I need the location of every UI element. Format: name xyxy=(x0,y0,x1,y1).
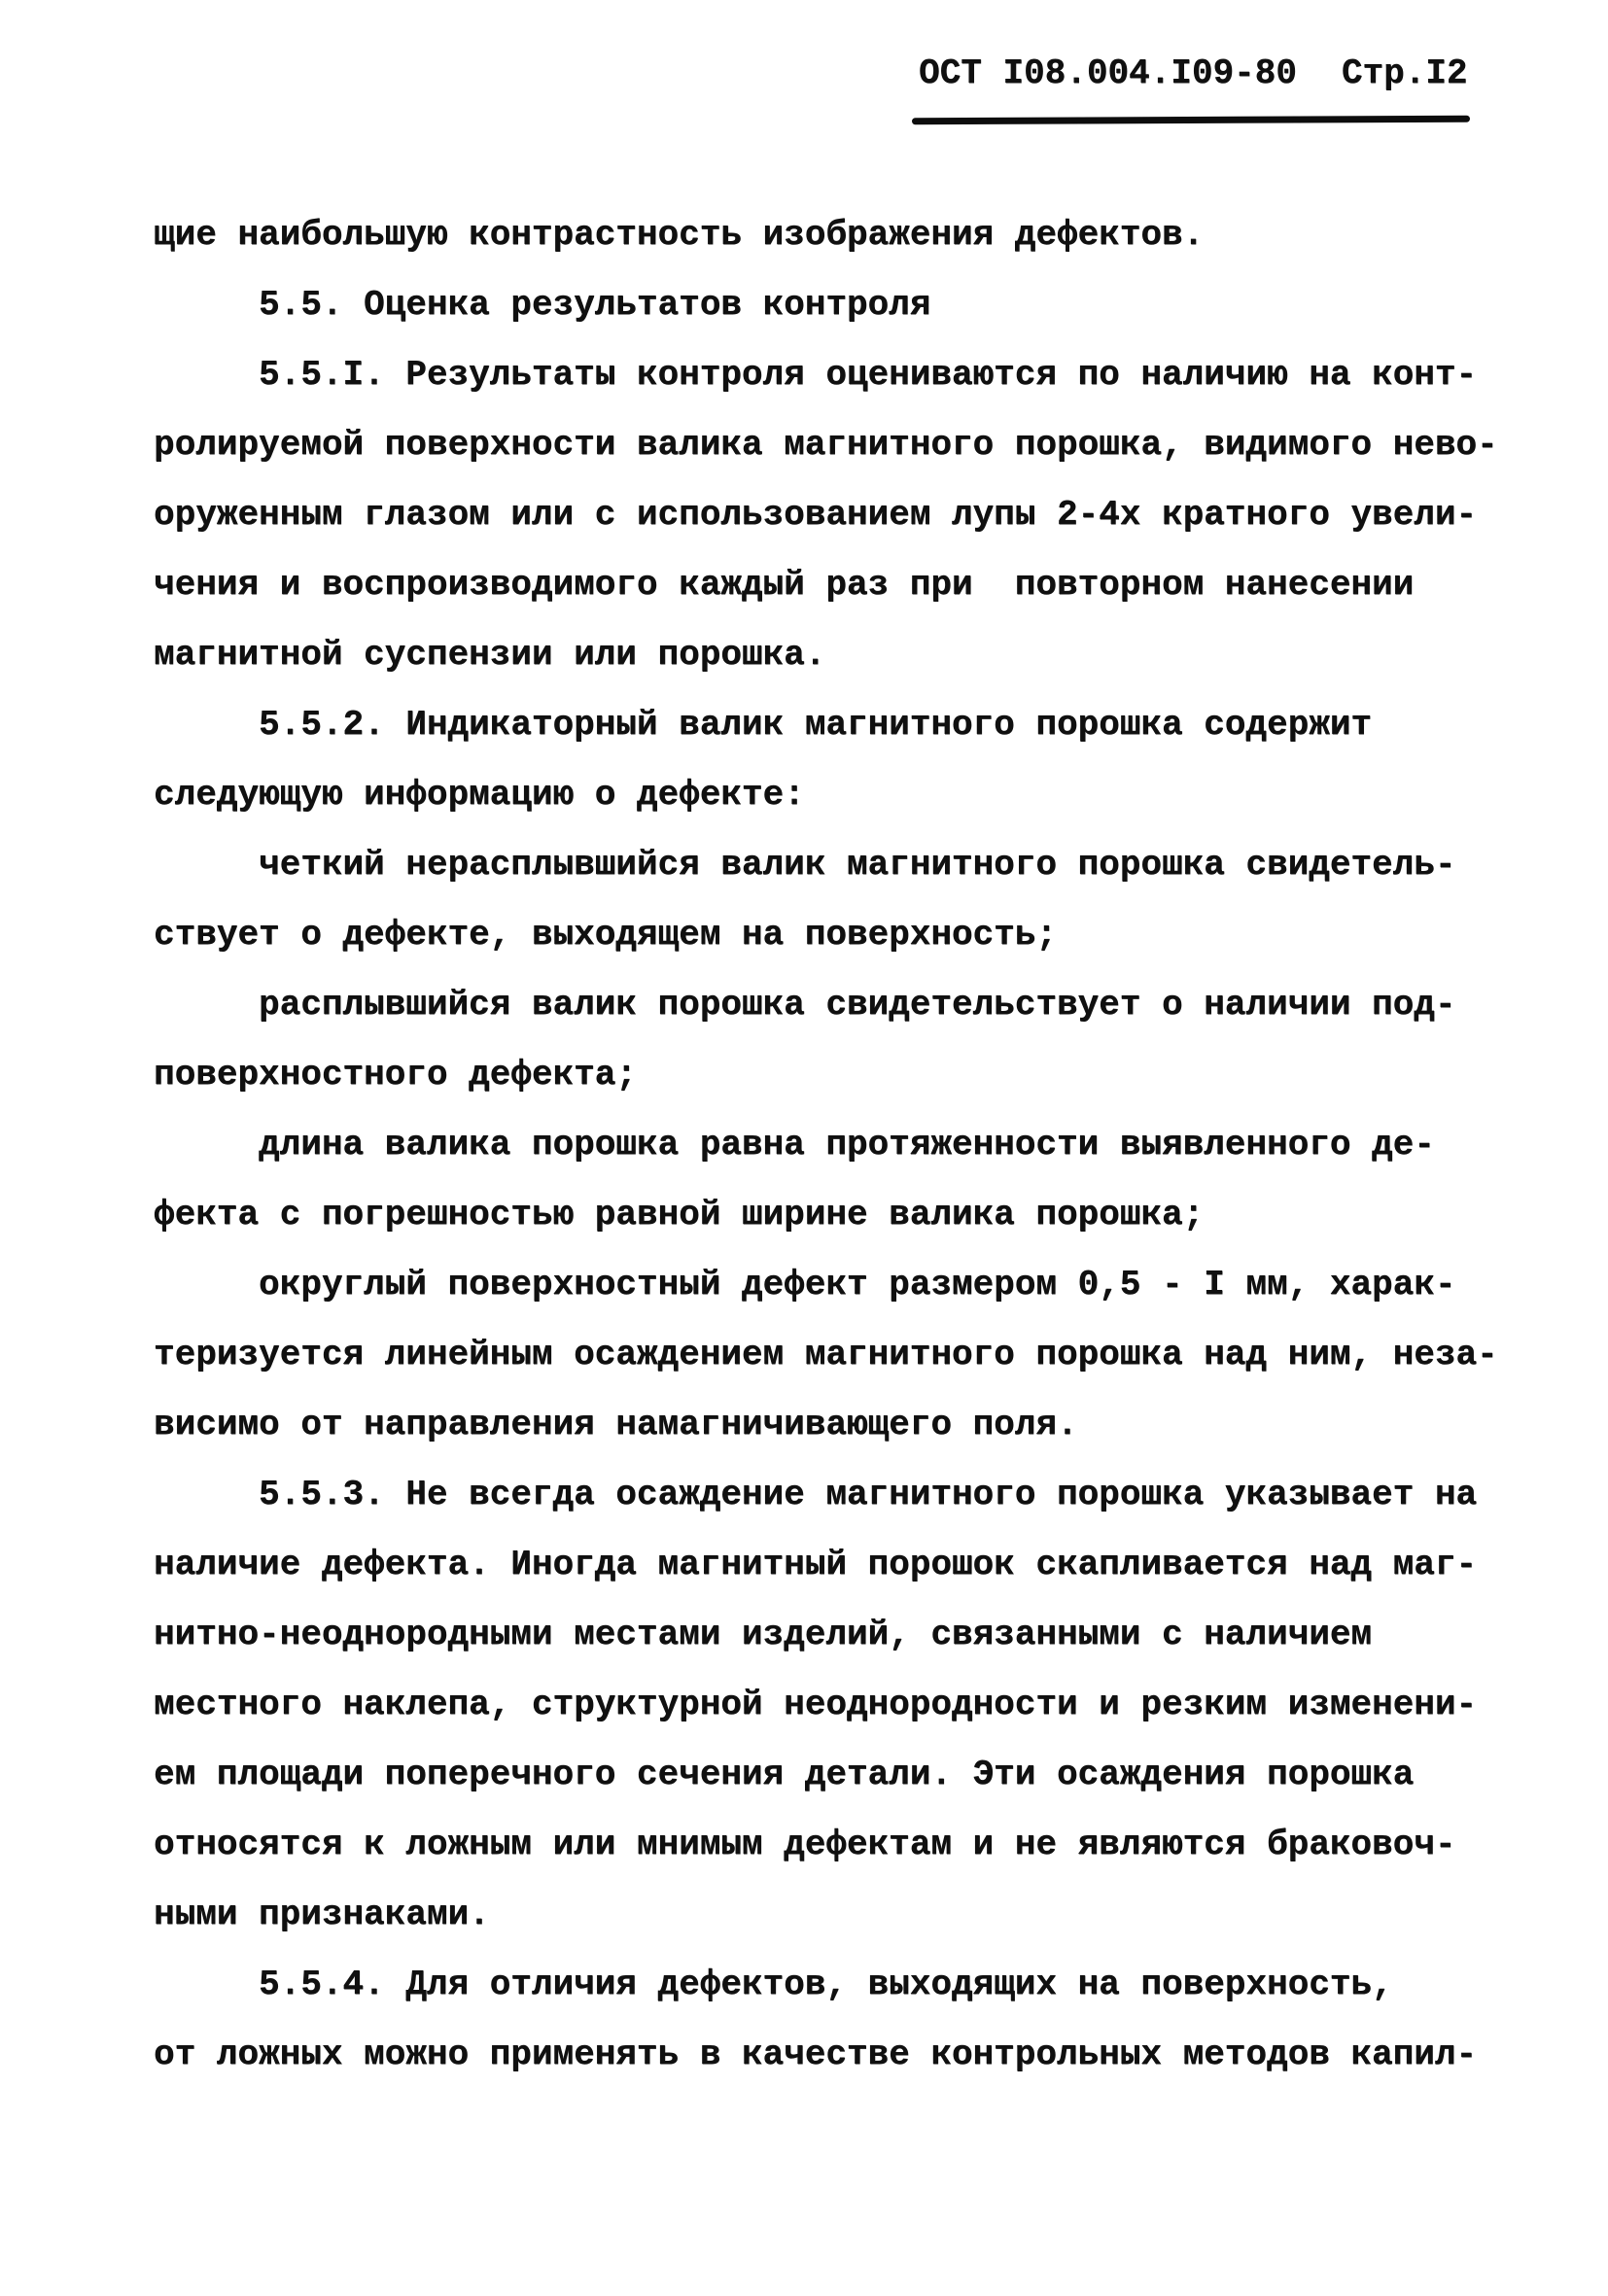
text-line: чения и воспроизводимого каждый раз при … xyxy=(154,550,1498,620)
text-line: оруженным глазом или с использованием лу… xyxy=(154,480,1498,550)
text-line: ем площади поперечного сечения детали. Э… xyxy=(154,1740,1498,1810)
page-header: ОСТ I08.004.I09-80 Стр.I2 xyxy=(919,54,1468,93)
text-line: следующую информацию о дефекте: xyxy=(154,760,1498,830)
text-line: расплывшийся валик порошка свидетельству… xyxy=(154,970,1498,1040)
text-line: щие наибольшую контрастность изображения… xyxy=(154,200,1498,270)
text-line: магнитной суспензии или порошка. xyxy=(154,620,1498,690)
text-line: четкий нерасплывшийся валик магнитного п… xyxy=(154,830,1498,900)
text-line: местного наклепа, структурной неоднородн… xyxy=(154,1670,1498,1740)
text-line: теризуется линейным осаждением магнитног… xyxy=(154,1320,1498,1390)
text-line: 5.5.I. Результаты контроля оцениваются п… xyxy=(154,340,1498,410)
text-line: 5.5.4. Для отличия дефектов, выходящих н… xyxy=(154,1950,1498,2020)
text-line: поверхностного дефекта; xyxy=(154,1040,1498,1110)
page-number: Стр.I2 xyxy=(1342,54,1468,93)
text-line: ствует о дефекте, выходящем на поверхнос… xyxy=(154,900,1498,970)
text-line: относятся к ложным или мнимым дефектам и… xyxy=(154,1810,1498,1880)
text-line: висимо от направления намагничивающего п… xyxy=(154,1390,1498,1460)
standard-number: ОСТ I08.004.I09-80 xyxy=(919,54,1297,93)
scanned-document-page: ОСТ I08.004.I09-80 Стр.I2 щие наибольшую… xyxy=(0,0,1608,2296)
text-line: наличие дефекта. Иногда магнитный порошо… xyxy=(154,1530,1498,1600)
text-line: от ложных можно применять в качестве кон… xyxy=(154,2020,1498,2090)
header-underline xyxy=(912,116,1470,125)
text-line: нитно-неоднородными местами изделий, свя… xyxy=(154,1600,1498,1670)
text-line: 5.5. Оценка результатов контроля xyxy=(154,270,1498,340)
text-line: длина валика порошка равна протяженности… xyxy=(154,1110,1498,1180)
text-line: ными признаками. xyxy=(154,1880,1498,1950)
text-line: округлый поверхностный дефект размером 0… xyxy=(154,1250,1498,1320)
text-line: фекта с погрешностью равной ширине валик… xyxy=(154,1180,1498,1250)
text-line: 5.5.2. Индикаторный валик магнитного пор… xyxy=(154,690,1498,760)
text-line: 5.5.3. Не всегда осаждение магнитного по… xyxy=(154,1460,1498,1530)
text-line: ролируемой поверхности валика магнитного… xyxy=(154,410,1498,480)
document-body: щие наибольшую контрастность изображения… xyxy=(154,200,1498,2090)
